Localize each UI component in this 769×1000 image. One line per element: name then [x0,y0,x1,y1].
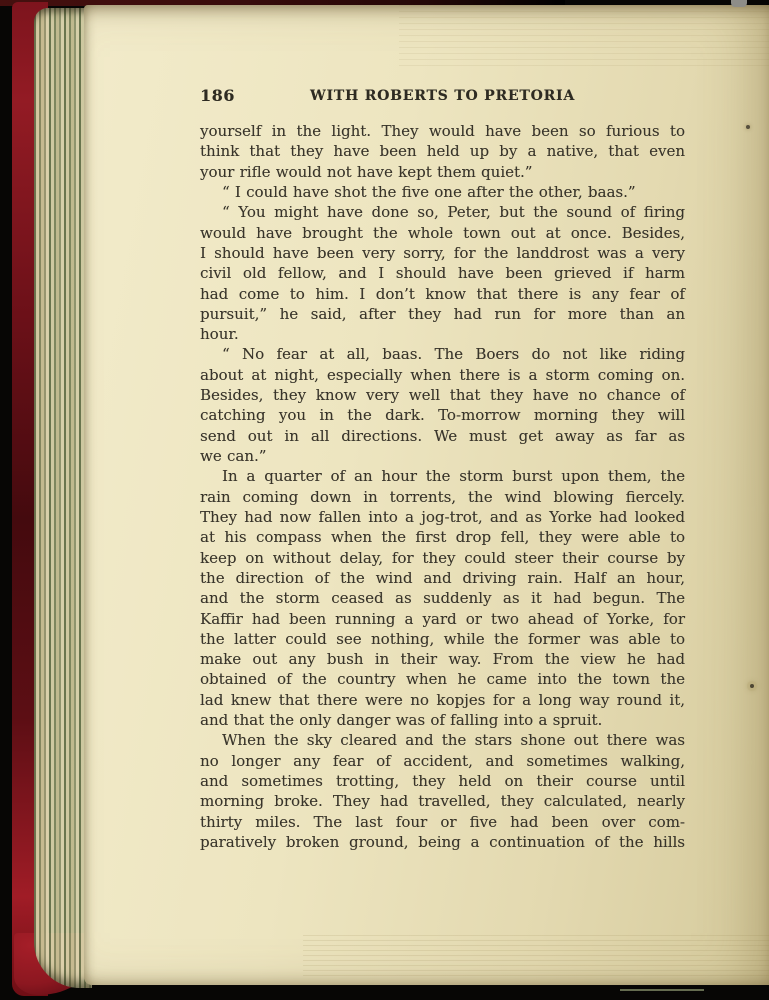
text-line: “ You might have done so, Peter, but the… [200,202,685,222]
paragraph: “ I could have shot the five one after t… [200,182,685,202]
text-line: yourself in the light. They would have b… [200,121,685,141]
page-number: 186 [200,86,235,106]
page-body: yourself in the light. They would have b… [200,121,685,852]
text-line: we can.” [200,446,685,466]
text-line: and sometimes trotting, they held on the… [200,771,685,791]
text-line: send out in all directions. We must get … [200,426,685,446]
text-line: catching you in the dark. To-morrow morn… [200,405,685,425]
text-line: and the storm ceased as suddenly as it h… [200,588,685,608]
paragraph: When the sky cleared and the stars shone… [200,730,685,852]
page-header: 186 WITH ROBERTS TO PRETORIA [200,86,685,106]
paragraph: yourself in the light. They would have b… [200,121,685,182]
text-line: no longer any fear of accident, and some… [200,751,685,771]
text-line: hour. [200,324,685,344]
text-line: had come to him. I don’t know that there… [200,284,685,304]
text-line: your rifle would not have kept them quie… [200,162,685,182]
text-line: and that the only danger was of falling … [200,710,685,730]
text-line: rain coming down in torrents, the wind b… [200,487,685,507]
text-line: In a quarter of an hour the storm burst … [200,466,685,486]
book-photo: 186 WITH ROBERTS TO PRETORIA yourself in… [0,0,769,1000]
text-line: make out any bush in their way. From the… [200,649,685,669]
text-line: “ I could have shot the five one after t… [200,182,685,202]
text-line: civil old fellow, and I should have been… [200,263,685,283]
book-page: 186 WITH ROBERTS TO PRETORIA yourself in… [84,5,769,985]
text-line: morning broke. They had travelled, they … [200,791,685,811]
text-line: obtained of the country when he came int… [200,669,685,689]
text-line: I should have been very sorry, for the l… [200,243,685,263]
text-line: the direction of the wind and driving ra… [200,568,685,588]
text-line: Besides, they know very well that they h… [200,385,685,405]
text-line: thirty miles. The last four or five had … [200,812,685,832]
text-line: lad knew that there were no kopjes for a… [200,690,685,710]
text-line: They had now fallen into a jog-trot, and… [200,507,685,527]
text-line: When the sky cleared and the stars shone… [200,730,685,750]
text-line: “ No fear at all, baas. The Boers do not… [200,344,685,364]
paragraph: “ No fear at all, baas. The Boers do not… [200,344,685,466]
text-line: about at night, especially when there is… [200,365,685,385]
paragraph: In a quarter of an hour the storm burst … [200,466,685,730]
text-line: pursuit,” he said, after they had run fo… [200,304,685,324]
text-line: at his compass when the first drop fell,… [200,527,685,547]
text-line: keep on without delay, for they could st… [200,548,685,568]
text-line: the latter could see nothing, while the … [200,629,685,649]
bottom-page-edge-line [620,989,704,991]
text-line: paratively broken ground, being a contin… [200,832,685,852]
text-line: think that they have been held up by a n… [200,141,685,161]
paragraph: “ You might have done so, Peter, but the… [200,202,685,344]
printed-content: 186 WITH ROBERTS TO PRETORIA yourself in… [200,5,685,985]
paper-speck [750,684,754,688]
headband [731,0,747,7]
text-line: would have brought the whole town out at… [200,223,685,243]
text-line: Kaffir had been running a yard or two ah… [200,609,685,629]
paper-speck [746,125,750,129]
running-title: WITH ROBERTS TO PRETORIA [200,86,685,106]
